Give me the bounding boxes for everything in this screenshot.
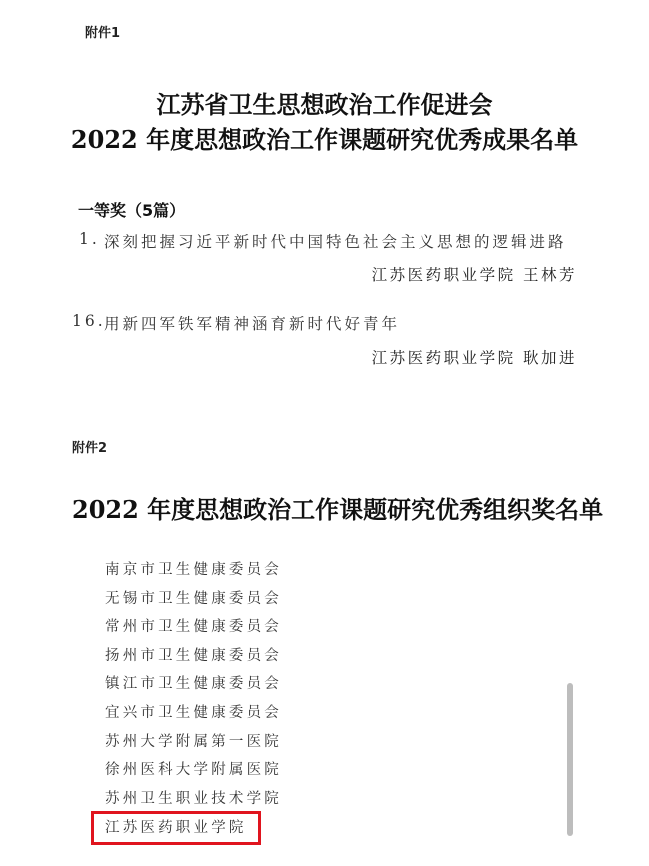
organization-item: 苏州卫生职业技术学院 bbox=[105, 787, 282, 808]
attachment-2-title: 2022 年度思想政治工作课题研究优秀组织奖名单 bbox=[72, 490, 603, 525]
award-item-title: 深刻把握习近平新时代中国特色社会主义思想的逻辑进路 bbox=[104, 230, 567, 252]
organization-item: 南京市卫生健康委员会 bbox=[105, 558, 282, 579]
award-item-number: 1. bbox=[79, 230, 100, 248]
attachment-2-label: 附件2 bbox=[72, 437, 107, 456]
organization-item: 扬州市卫生健康委员会 bbox=[105, 644, 282, 665]
attachment-1-label: 附件1 bbox=[85, 22, 120, 41]
highlight-box bbox=[91, 811, 261, 845]
organization-item: 镇江市卫生健康委员会 bbox=[105, 672, 282, 693]
award-item-author: 江苏医药职业学院 王林芳 bbox=[372, 263, 577, 285]
organization-item: 宜兴市卫生健康委员会 bbox=[105, 701, 282, 722]
award-item-number: 16. bbox=[72, 312, 106, 330]
award-section-heading: 一等奖（5篇） bbox=[78, 198, 185, 221]
award-item-title: 用新四军铁军精神涵育新时代好青年 bbox=[104, 312, 400, 334]
organization-item: 徐州医科大学附属医院 bbox=[105, 758, 282, 779]
vertical-scrollbar[interactable] bbox=[567, 683, 573, 836]
organization-item: 无锡市卫生健康委员会 bbox=[105, 587, 282, 608]
organization-item: 苏州大学附属第一医院 bbox=[105, 730, 282, 751]
award-item-author: 江苏医药职业学院 耿加进 bbox=[372, 346, 577, 368]
attachment-1-title-line1: 江苏省卫生思想政治工作促进会 bbox=[0, 85, 649, 120]
organization-item: 常州市卫生健康委员会 bbox=[105, 615, 282, 636]
attachment-1-title-line2: 2022 年度思想政治工作课题研究优秀成果名单 bbox=[0, 120, 649, 155]
